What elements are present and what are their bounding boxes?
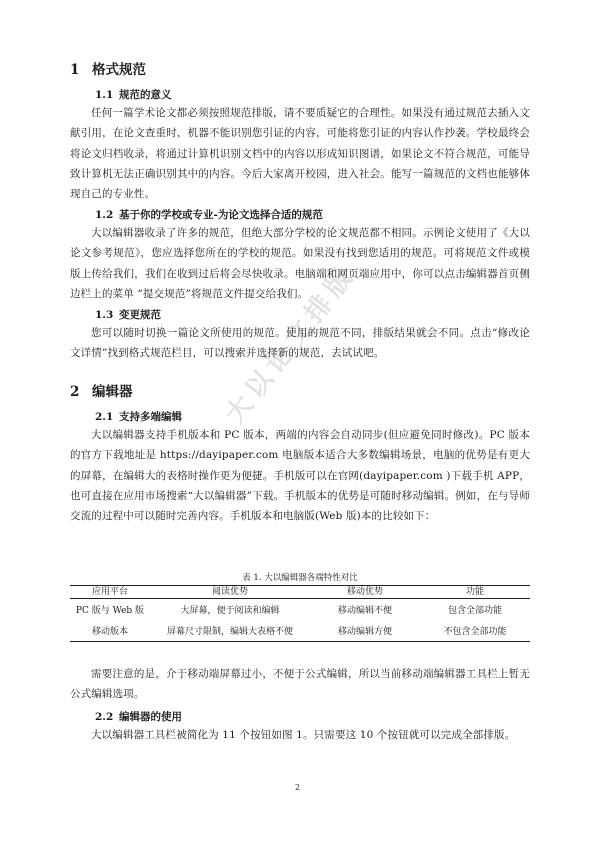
- comparison-table: 应用平台 阅读优势 移动优势 功能 PC 版与 Web 版 大屏幕，便于阅读和编…: [70, 585, 530, 642]
- paragraph: 任何一篇学术论文都必须按照规范排版，请不要质疑它的合理性。如果没有通过规范去插入…: [70, 103, 530, 204]
- table-cell: 屏幕尺寸限制，编辑大表格不便: [150, 625, 310, 642]
- table-header-cell: 应用平台: [70, 586, 150, 599]
- table-header-cell: 功能: [420, 586, 530, 599]
- table-row: PC 版与 Web 版 大屏幕，便于阅读和编辑 移动编辑不便 包含全部功能: [70, 599, 530, 625]
- paragraph: 大以编辑器支持手机版本和 PC 版本，两端的内容会自动同步(但应避免同时修改)。…: [70, 425, 530, 526]
- section-heading-2: 2编辑器: [70, 384, 133, 400]
- table-caption: 表 1. 大以编辑器各端特性对比: [70, 573, 530, 584]
- paragraph: 大以编辑器收录了许多的规范，但绝大部分学校的论文规范都不相同。示例论文使用了《大…: [70, 223, 530, 304]
- section-heading-1: 1格式规范: [70, 62, 146, 78]
- table-cell: 移动版本: [70, 625, 150, 642]
- subsection-number: 1.3: [95, 308, 119, 322]
- table-cell: 不包含全部功能: [420, 625, 530, 642]
- table-header-cell: 阅读优势: [150, 586, 310, 599]
- table-cell: PC 版与 Web 版: [70, 599, 150, 625]
- table-cell: 包含全部功能: [420, 599, 530, 625]
- subsection-heading-2-2: 2.2编辑器的使用: [95, 710, 182, 724]
- document-page: 大以论文排版 1格式规范 1.1规范的意义 任何一篇学术论文都必须按照规范排版，…: [0, 0, 595, 842]
- section-number: 1: [70, 62, 92, 78]
- subsection-heading-1-3: 1.3变更规范: [95, 308, 161, 322]
- subsection-heading-1-1: 1.1规范的意义: [95, 88, 172, 102]
- subsection-title: 编辑器的使用: [119, 711, 182, 723]
- subsection-heading-1-2: 1.2基于你的学校或专业-为论文选择合适的规范: [95, 208, 323, 222]
- paragraph: 大以编辑器工具栏被简化为 11 个按钮如图 1。只需要这 10 个按钮就可以完成…: [70, 725, 530, 745]
- subsection-number: 1.1: [95, 88, 119, 102]
- table-header-row: 应用平台 阅读优势 移动优势 功能: [70, 586, 530, 599]
- page-number: 2: [0, 783, 595, 792]
- subsection-heading-2-1: 2.1支持多端编辑: [95, 410, 182, 424]
- section-title: 编辑器: [92, 384, 133, 400]
- subsection-number: 1.2: [95, 208, 119, 222]
- subsection-title: 支持多端编辑: [119, 411, 182, 423]
- section-number: 2: [70, 384, 92, 400]
- paragraph: 您可以随时切换一篇论文所使用的规范。使用的规范不同，排版结果就会不同。点击“修改…: [70, 323, 530, 364]
- section-title: 格式规范: [92, 62, 146, 78]
- subsection-title: 基于你的学校或专业-为论文选择合适的规范: [119, 209, 323, 221]
- subsection-title: 变更规范: [119, 309, 161, 321]
- table-row: 移动版本 屏幕尺寸限制，编辑大表格不便 移动编辑方便 不包含全部功能: [70, 625, 530, 642]
- subsection-number: 2.1: [95, 410, 119, 424]
- table-header-cell: 移动优势: [310, 586, 420, 599]
- table-cell: 移动编辑方便: [310, 625, 420, 642]
- table-cell: 大屏幕，便于阅读和编辑: [150, 599, 310, 625]
- table-cell: 移动编辑不便: [310, 599, 420, 625]
- paragraph: 需要注意的是，介于移动端屏幕过小，不便于公式编辑，所以当前移动端编辑器工具栏上暂…: [70, 664, 530, 705]
- subsection-title: 规范的意义: [119, 89, 172, 101]
- subsection-number: 2.2: [95, 710, 119, 724]
